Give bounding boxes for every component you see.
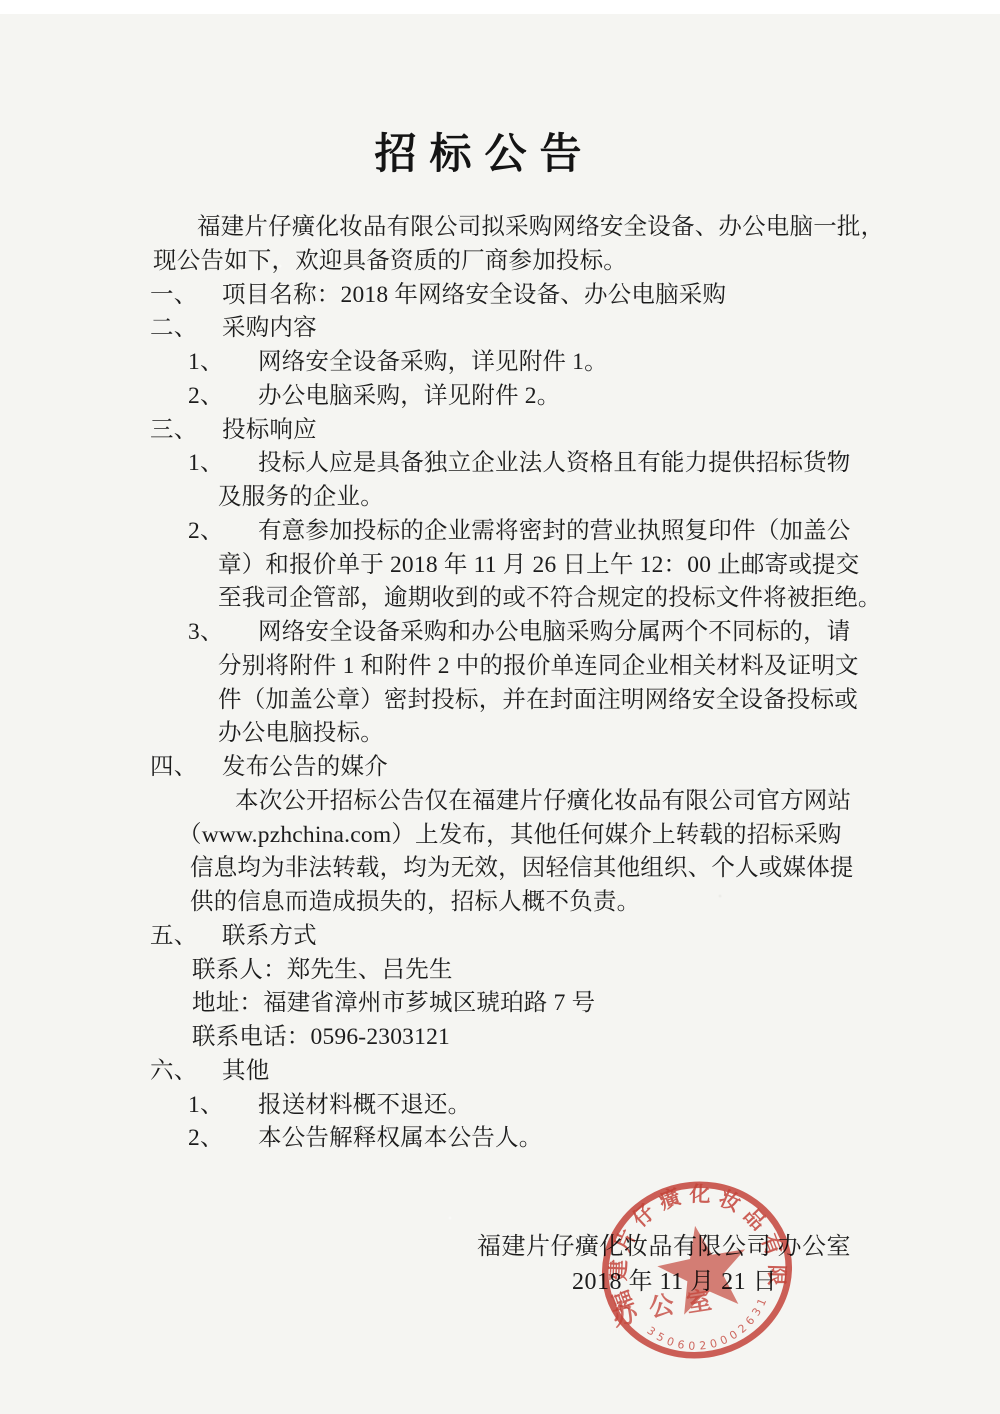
- body-line-label: 2、: [188, 1122, 258, 1156]
- body-line-text: 采购内容: [222, 315, 317, 341]
- body-line: 至我司企管部，逾期收到的或不符合规定的投标文件将被拒绝。: [150, 582, 910, 616]
- body-line-text: 件（加盖公章）密封投标，并在封面注明网络安全设备投标或: [218, 687, 858, 713]
- body-line-label: 1、: [188, 346, 258, 380]
- page-title: 招标公告: [0, 121, 969, 181]
- body-line-text: 章）和报价单于 2018 年 11 月 26 日上午 12：00 止邮寄或提交: [218, 552, 859, 578]
- body-line-label: 四、: [150, 751, 222, 785]
- body-line: 1、报送材料概不退还。: [150, 1089, 910, 1123]
- body-line-text: 地址：福建省漳州市芗城区琥珀路 7 号: [192, 990, 595, 1016]
- body-line-label: 3、: [188, 616, 258, 650]
- body-line: 2、有意参加投标的企业需将密封的营业执照复印件（加盖公: [150, 515, 910, 549]
- body-line: 现公告如下，欢迎具备资质的厂商参加投标。: [150, 245, 910, 279]
- body-line-label: 2、: [188, 515, 258, 549]
- body-line-text: 报送材料概不退还。: [258, 1092, 471, 1118]
- body-line-text: 投标响应: [222, 417, 317, 443]
- body-line: 三、投标响应: [150, 414, 910, 448]
- body-line-text: 投标人应是具备独立企业法人资格且有能力提供招标货物: [258, 450, 851, 476]
- body-line-label: 三、: [150, 414, 222, 448]
- body-line: 供的信息而造成损失的，招标人概不负责。: [150, 886, 910, 920]
- body-line-text: 网络安全设备采购，详见附件 1。: [258, 349, 608, 375]
- body-line-text: 供的信息而造成损失的，招标人概不负责。: [190, 889, 640, 915]
- body-line: 1、投标人应是具备独立企业法人资格且有能力提供招标货物: [150, 447, 910, 481]
- company-seal: 福建片仔癀化妆品有限公司 3506020002631 办 公 室: [567, 1150, 827, 1390]
- body-line: 2、办公电脑采购，详见附件 2。: [150, 380, 910, 414]
- body-line-text: 联系方式: [222, 923, 317, 949]
- body-line-text: 办公电脑投标。: [218, 720, 384, 746]
- body-line-text: 办公电脑采购，详见附件 2。: [258, 383, 560, 409]
- body-line-label: 六、: [150, 1055, 222, 1089]
- body-line-text: 本次公开招标公告仅在福建片仔癀化妆品有限公司官方网站: [235, 788, 851, 814]
- seal-office-char: 公: [647, 1291, 677, 1323]
- body-line-text: 本公告解释权属本公告人。: [258, 1125, 542, 1151]
- body-line-text: 项目名称：2018 年网络安全设备、办公电脑采购: [222, 282, 726, 308]
- body-line: 联系电话：0596-2303121: [150, 1021, 910, 1055]
- body-line-text: 网络安全设备采购和办公电脑采购分属两个不同标的，请: [258, 619, 851, 645]
- body-line: 3、网络安全设备采购和办公电脑采购分属两个不同标的，请: [150, 616, 910, 650]
- body-line: 二、采购内容: [150, 312, 910, 346]
- body-line-text: 福建片仔癀化妆品有限公司拟采购网络安全设备、办公电脑一批，: [197, 214, 884, 240]
- body-line-label: 1、: [188, 1089, 258, 1123]
- body-line: 本次公开招标公告仅在福建片仔癀化妆品有限公司官方网站: [150, 785, 910, 819]
- body-line-text: 有意参加投标的企业需将密封的营业执照复印件（加盖公: [258, 518, 851, 544]
- body-line-label: 2、: [188, 380, 258, 414]
- body-line: 及服务的企业。: [150, 481, 910, 515]
- body-line: 一、项目名称：2018 年网络安全设备、办公电脑采购: [150, 279, 910, 313]
- body-line-text: 发布公告的媒介: [222, 754, 388, 780]
- body-line-text: （www.pzhchina.com）上发布，其他任何媒介上转载的招标采购: [178, 822, 842, 848]
- body-lines: 福建片仔癀化妆品有限公司拟采购网络安全设备、办公电脑一批，现公告如下，欢迎具备资…: [150, 211, 910, 1156]
- body-line-text: 及服务的企业。: [218, 484, 384, 510]
- body-line: 联系人：郑先生、吕先生: [150, 954, 910, 988]
- body-line-label: 二、: [150, 312, 222, 346]
- body-line: 福建片仔癀化妆品有限公司拟采购网络安全设备、办公电脑一批，: [150, 211, 910, 245]
- body-line: 信息均为非法转载，均为无效，因轻信其他组织、个人或媒体提: [150, 852, 910, 886]
- body-line: 件（加盖公章）密封投标，并在封面注明网络安全设备投标或: [150, 684, 910, 718]
- body-line: 分别将附件 1 和附件 2 中的报价单连同企业相关材料及证明文: [150, 650, 910, 684]
- body-line-text: 其他: [222, 1058, 269, 1084]
- body-line-text: 信息均为非法转载，均为无效，因轻信其他组织、个人或媒体提: [190, 855, 854, 881]
- body-line-text: 联系人：郑先生、吕先生: [192, 957, 453, 983]
- body-line-label: 1、: [188, 447, 258, 481]
- body-line-text: 联系电话：0596-2303121: [192, 1024, 450, 1050]
- body-line: 五、联系方式: [150, 920, 910, 954]
- body-line-label: 一、: [150, 279, 222, 313]
- body-line: 办公电脑投标。: [150, 717, 910, 751]
- body-line: 四、发布公告的媒介: [150, 751, 910, 785]
- body-line-label: 五、: [150, 920, 222, 954]
- body-line: 地址：福建省漳州市芗城区琥珀路 7 号: [150, 987, 910, 1021]
- seal-office-char: 室: [685, 1286, 714, 1318]
- body-line: 1、网络安全设备采购，详见附件 1。: [150, 346, 910, 380]
- body-line: 章）和报价单于 2018 年 11 月 26 日上午 12：00 止邮寄或提交: [150, 549, 910, 583]
- body-line-text: 分别将附件 1 和附件 2 中的报价单连同企业相关材料及证明文: [218, 653, 859, 679]
- body-line: 六、其他: [150, 1055, 910, 1089]
- body-line-text: 至我司企管部，逾期收到的或不符合规定的投标文件将被拒绝。: [218, 585, 882, 611]
- scanned-document-page: { "page": { "paper_color": "#f5f5f2", "s…: [0, 0, 1000, 1414]
- body-line: （www.pzhchina.com）上发布，其他任何媒介上转载的招标采购: [150, 819, 910, 853]
- body-line-text: 现公告如下，欢迎具备资质的厂商参加投标。: [153, 248, 627, 274]
